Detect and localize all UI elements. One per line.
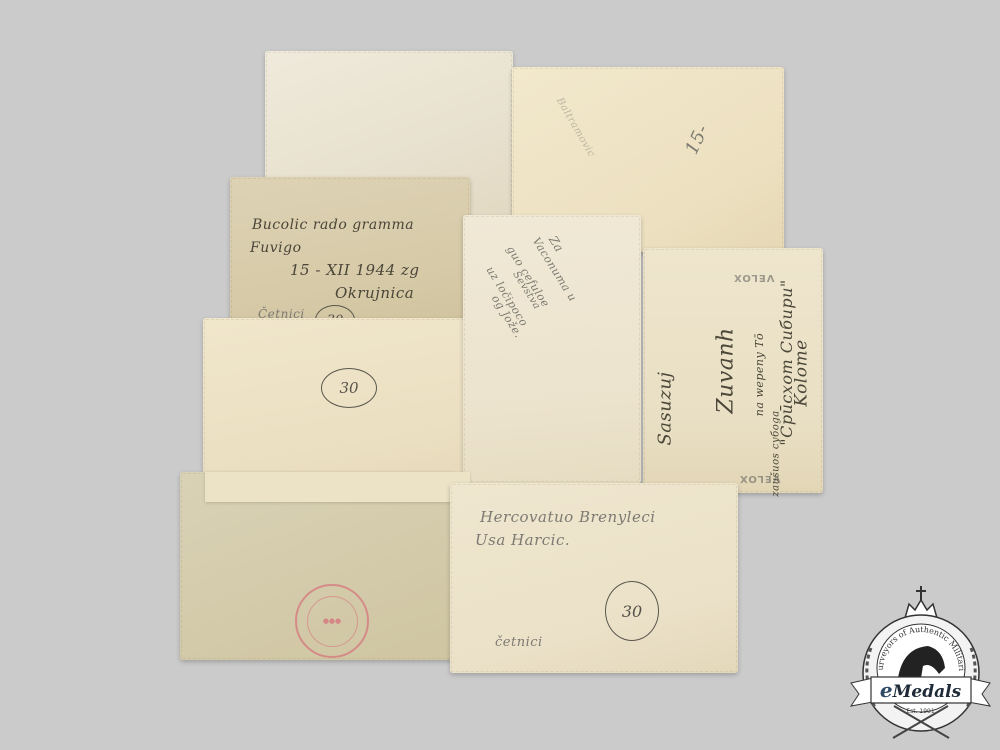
emedals-badge-icon: Purveyors of Authentic Militaria (843, 578, 998, 743)
photo-right-vertical: Sasuzuj Zuvanh na wepeny Tō "Cpūcxom Cuб… (643, 248, 823, 493)
inscription-line: Fuvigo (250, 240, 302, 256)
circled-number-text: 30 (339, 379, 358, 397)
inscription-line: Hercovatuo Brenyleci (480, 508, 656, 526)
emedals-logo: Purveyors of Authentic Militaria eMedals… (843, 578, 998, 743)
logo-e: e (880, 678, 893, 702)
inscription-place: Okrujnica (335, 284, 414, 302)
photo-bottom-center: Hercovatuo Brenyleci Usa Harcic. 30 četn… (450, 483, 738, 673)
vertical-inscription: Sasuzuj (655, 371, 676, 445)
inscription-signature: četnici (495, 635, 543, 650)
studio-mark: Baltramovic (554, 96, 597, 159)
vertical-inscription: na wepeny Tō (753, 333, 766, 416)
stamp-center: ●●● (307, 596, 358, 647)
logo-wordmark: eMedals (843, 678, 998, 702)
velox-watermark: VELOX (739, 473, 780, 484)
photo-center-dedication: Za Vaconuma u guo cefuloe Sevstva uz loč… (463, 215, 641, 483)
logo-medals: Medals (893, 682, 962, 702)
inscription-line: Bucolic rado gramma (252, 217, 414, 233)
vertical-inscription: Kolome (792, 339, 812, 406)
overlapping-edge (205, 472, 470, 502)
photo-bottom-left-stamped: ●●● (180, 472, 455, 660)
circled-number-text: 30 (622, 602, 642, 621)
velox-watermark: VELOX (733, 272, 774, 283)
circled-number: 30 (321, 368, 377, 408)
handwritten-number: 15- (681, 121, 713, 158)
inscription-line: Usa Harcic. (475, 531, 570, 549)
vertical-inscription: Zuvanh (714, 327, 739, 413)
logo-established: Est. 1991 (843, 708, 998, 715)
red-ink-stamp: ●●● (295, 584, 369, 658)
inscription-date: 15 - XII 1944 zg (290, 261, 419, 279)
circled-number: 30 (605, 581, 659, 641)
